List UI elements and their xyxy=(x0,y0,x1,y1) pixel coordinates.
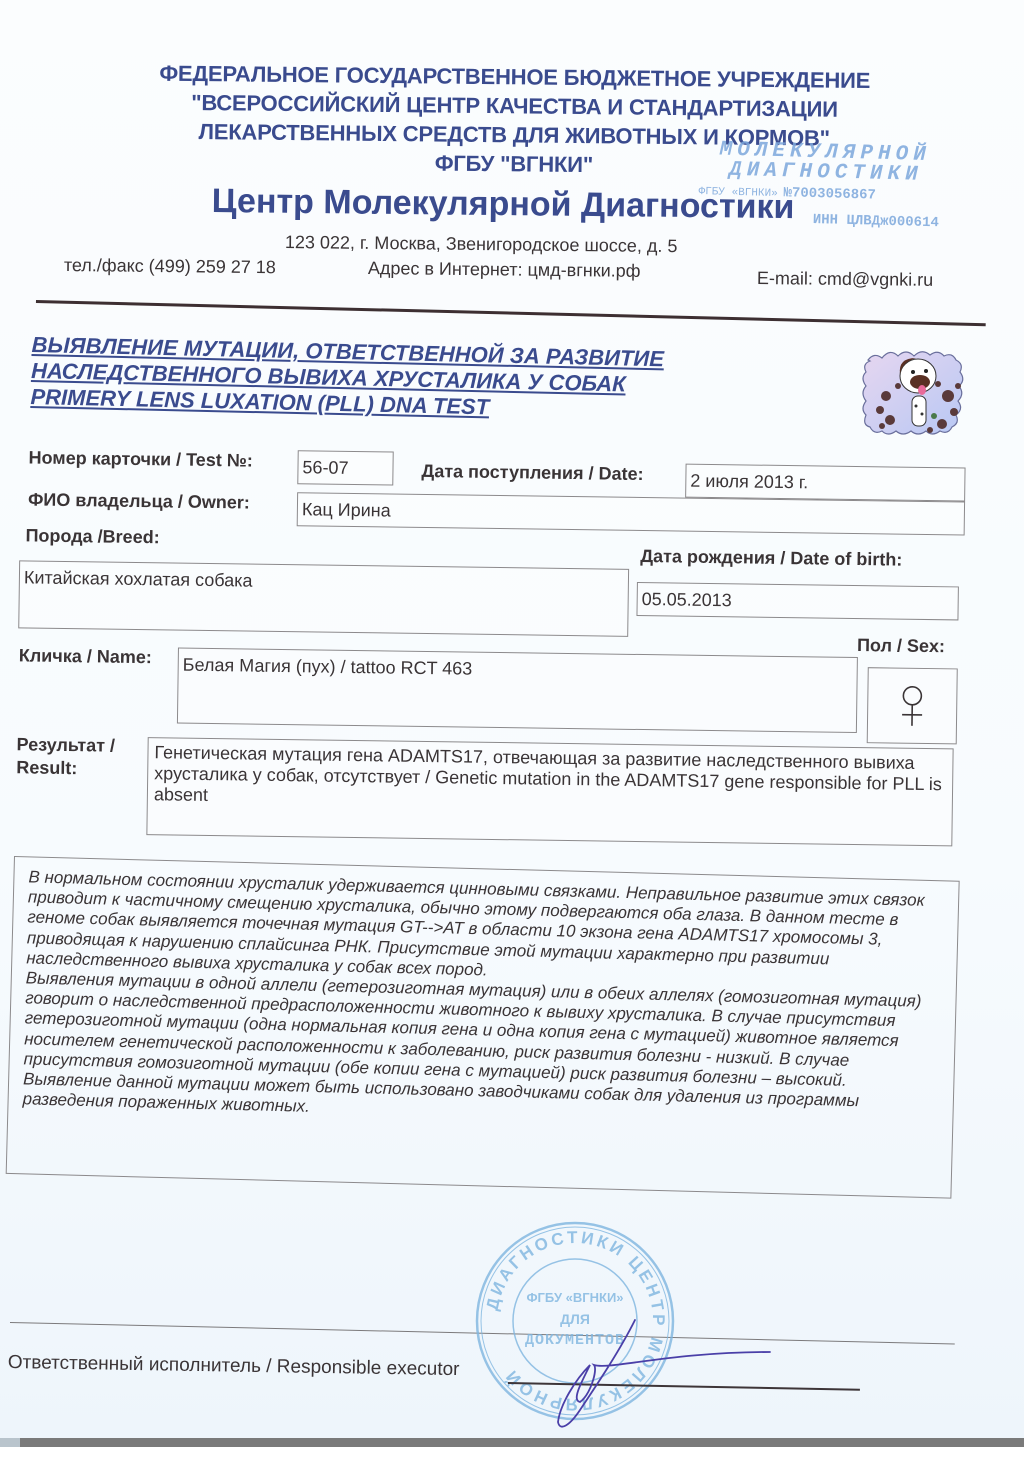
name-label: Кличка / Name: xyxy=(19,645,152,668)
result-field: Генетическая мутация гена ADAMTS17, отве… xyxy=(146,737,953,846)
scrollbar-grip[interactable] xyxy=(0,1438,20,1447)
result-label: Результат / Result: xyxy=(16,733,115,780)
date-label: Дата поступления / Date: xyxy=(421,461,643,485)
test-description: В нормальном состоянии хрусталик удержив… xyxy=(6,856,960,1199)
breed-label: Порода /Breed: xyxy=(25,525,159,548)
horizontal-scrollbar[interactable] xyxy=(0,1438,1024,1447)
test-no-field: 56-07 xyxy=(297,450,393,485)
breed-field: Китайская хохлатая собака xyxy=(18,560,629,637)
sex-label: Пол / Sex: xyxy=(857,635,945,657)
name-field: Белая Магия (пух) / tattoo RCT 463 xyxy=(177,648,858,733)
sex-field xyxy=(867,667,958,744)
birth-date-field: 05.05.2013 xyxy=(636,582,958,620)
owner-label: ФИО владельца / Owner: xyxy=(28,489,250,513)
female-symbol-icon xyxy=(899,684,926,728)
bottom-margin xyxy=(0,1447,1024,1466)
signature-icon xyxy=(520,1310,780,1435)
document-page: ФЕДЕРАЛЬНОЕ ГОСУДАРСТВЕННОЕ БЮДЖЕТНОЕ УЧ… xyxy=(0,0,1024,1440)
result-label-line: Результат / xyxy=(16,733,115,757)
date-field: 2 июля 2013 г. xyxy=(685,464,965,502)
test-no-label: Номер карточки / Test №: xyxy=(28,447,253,471)
birth-date-label: Дата рождения / Date of birth: xyxy=(640,546,902,571)
svg-text:ФГБУ «ВГНКИ»: ФГБУ «ВГНКИ» xyxy=(526,1290,623,1305)
result-label-line: Result: xyxy=(16,756,115,780)
